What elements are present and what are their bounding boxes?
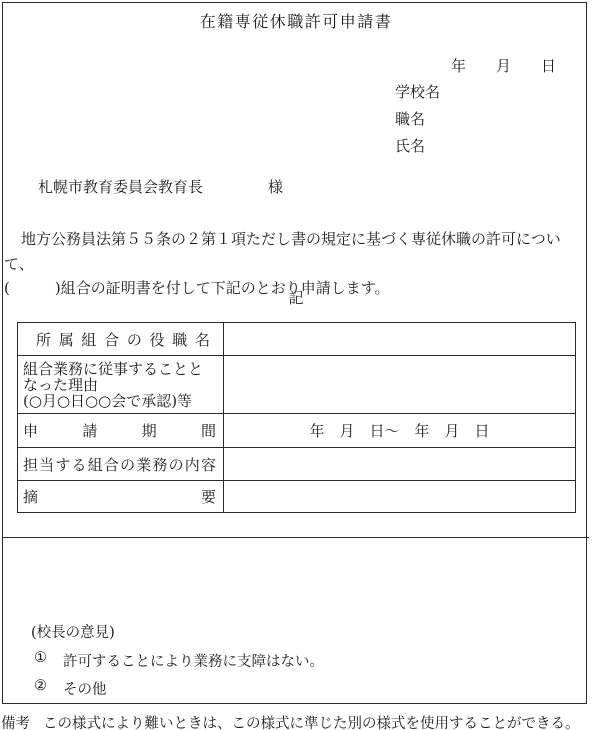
application-table: 所属組合の役職名 組合業務に従事することとなった理由 (○月○日○○会で承認)等… xyxy=(17,322,576,513)
remarks-label: 備考 xyxy=(1,712,30,730)
date-line: 年 月 日 xyxy=(451,55,556,76)
body-line-1: 地方公務員法第５５条の２第１項ただし書の規定に基づく専従休職の許可について、 xyxy=(4,227,586,276)
table-row-application-period: 申請期間 年 月 日～ 年 月 日 xyxy=(18,414,576,448)
principal-opinion-heading: (校長の意見) xyxy=(31,621,115,642)
position-label: 職名 xyxy=(395,106,440,133)
union-position-value-cell xyxy=(224,323,576,356)
school-name-label: 学校名 xyxy=(395,79,440,106)
union-duties-value-cell xyxy=(224,448,576,481)
addressee-name: 札幌市教育委員会教育長 xyxy=(38,176,203,197)
section-divider xyxy=(2,537,589,538)
table-row-summary: 摘要 xyxy=(18,481,576,513)
union-position-label: 所属組合の役職名 xyxy=(18,323,224,356)
addressee-honorific: 様 xyxy=(268,176,283,197)
sender-block: 学校名 職名 氏名 xyxy=(395,79,440,160)
item-number: ① xyxy=(34,650,63,671)
item-text: 許可することにより業務に支障はない。 xyxy=(63,650,324,671)
application-form-page: 在籍専従休職許可申請書 年 月 日 学校名 職名 氏名 札幌市教育委員会教育長 … xyxy=(0,0,592,730)
item-number: ② xyxy=(34,678,63,699)
application-period-label: 申請期間 xyxy=(18,414,224,448)
reason-value-cell xyxy=(224,356,576,414)
table-row-reason: 組合業務に従事することとなった理由 (○月○日○○会で承認)等 xyxy=(18,356,576,414)
remarks-line: 備考 この様式により難いときは、この様式に準じた別の様式を使用することができる。 xyxy=(1,712,591,730)
table-row-union-position: 所属組合の役職名 xyxy=(18,323,576,356)
form-title: 在籍専従休職許可申請書 xyxy=(0,9,592,32)
union-duties-label: 担当する組合の業務の内容 xyxy=(18,448,224,481)
remarks-text: この様式により難いときは、この様式に準じた別の様式を使用することができる。 xyxy=(43,712,580,730)
reason-label: 組合業務に従事することとなった理由 (○月○日○○会で承認)等 xyxy=(18,356,224,414)
item-text: その他 xyxy=(63,678,107,699)
principal-opinion-item-2: ② その他 xyxy=(34,678,107,699)
application-period-value-cell: 年 月 日～ 年 月 日 xyxy=(224,414,576,448)
summary-value-cell xyxy=(224,481,576,513)
principal-opinion-item-1: ① 許可することにより業務に支障はない。 xyxy=(34,650,324,671)
summary-label: 摘要 xyxy=(18,481,224,513)
record-marker: 記 xyxy=(0,287,592,308)
name-label: 氏名 xyxy=(395,133,440,160)
table-row-union-duties: 担当する組合の業務の内容 xyxy=(18,448,576,481)
